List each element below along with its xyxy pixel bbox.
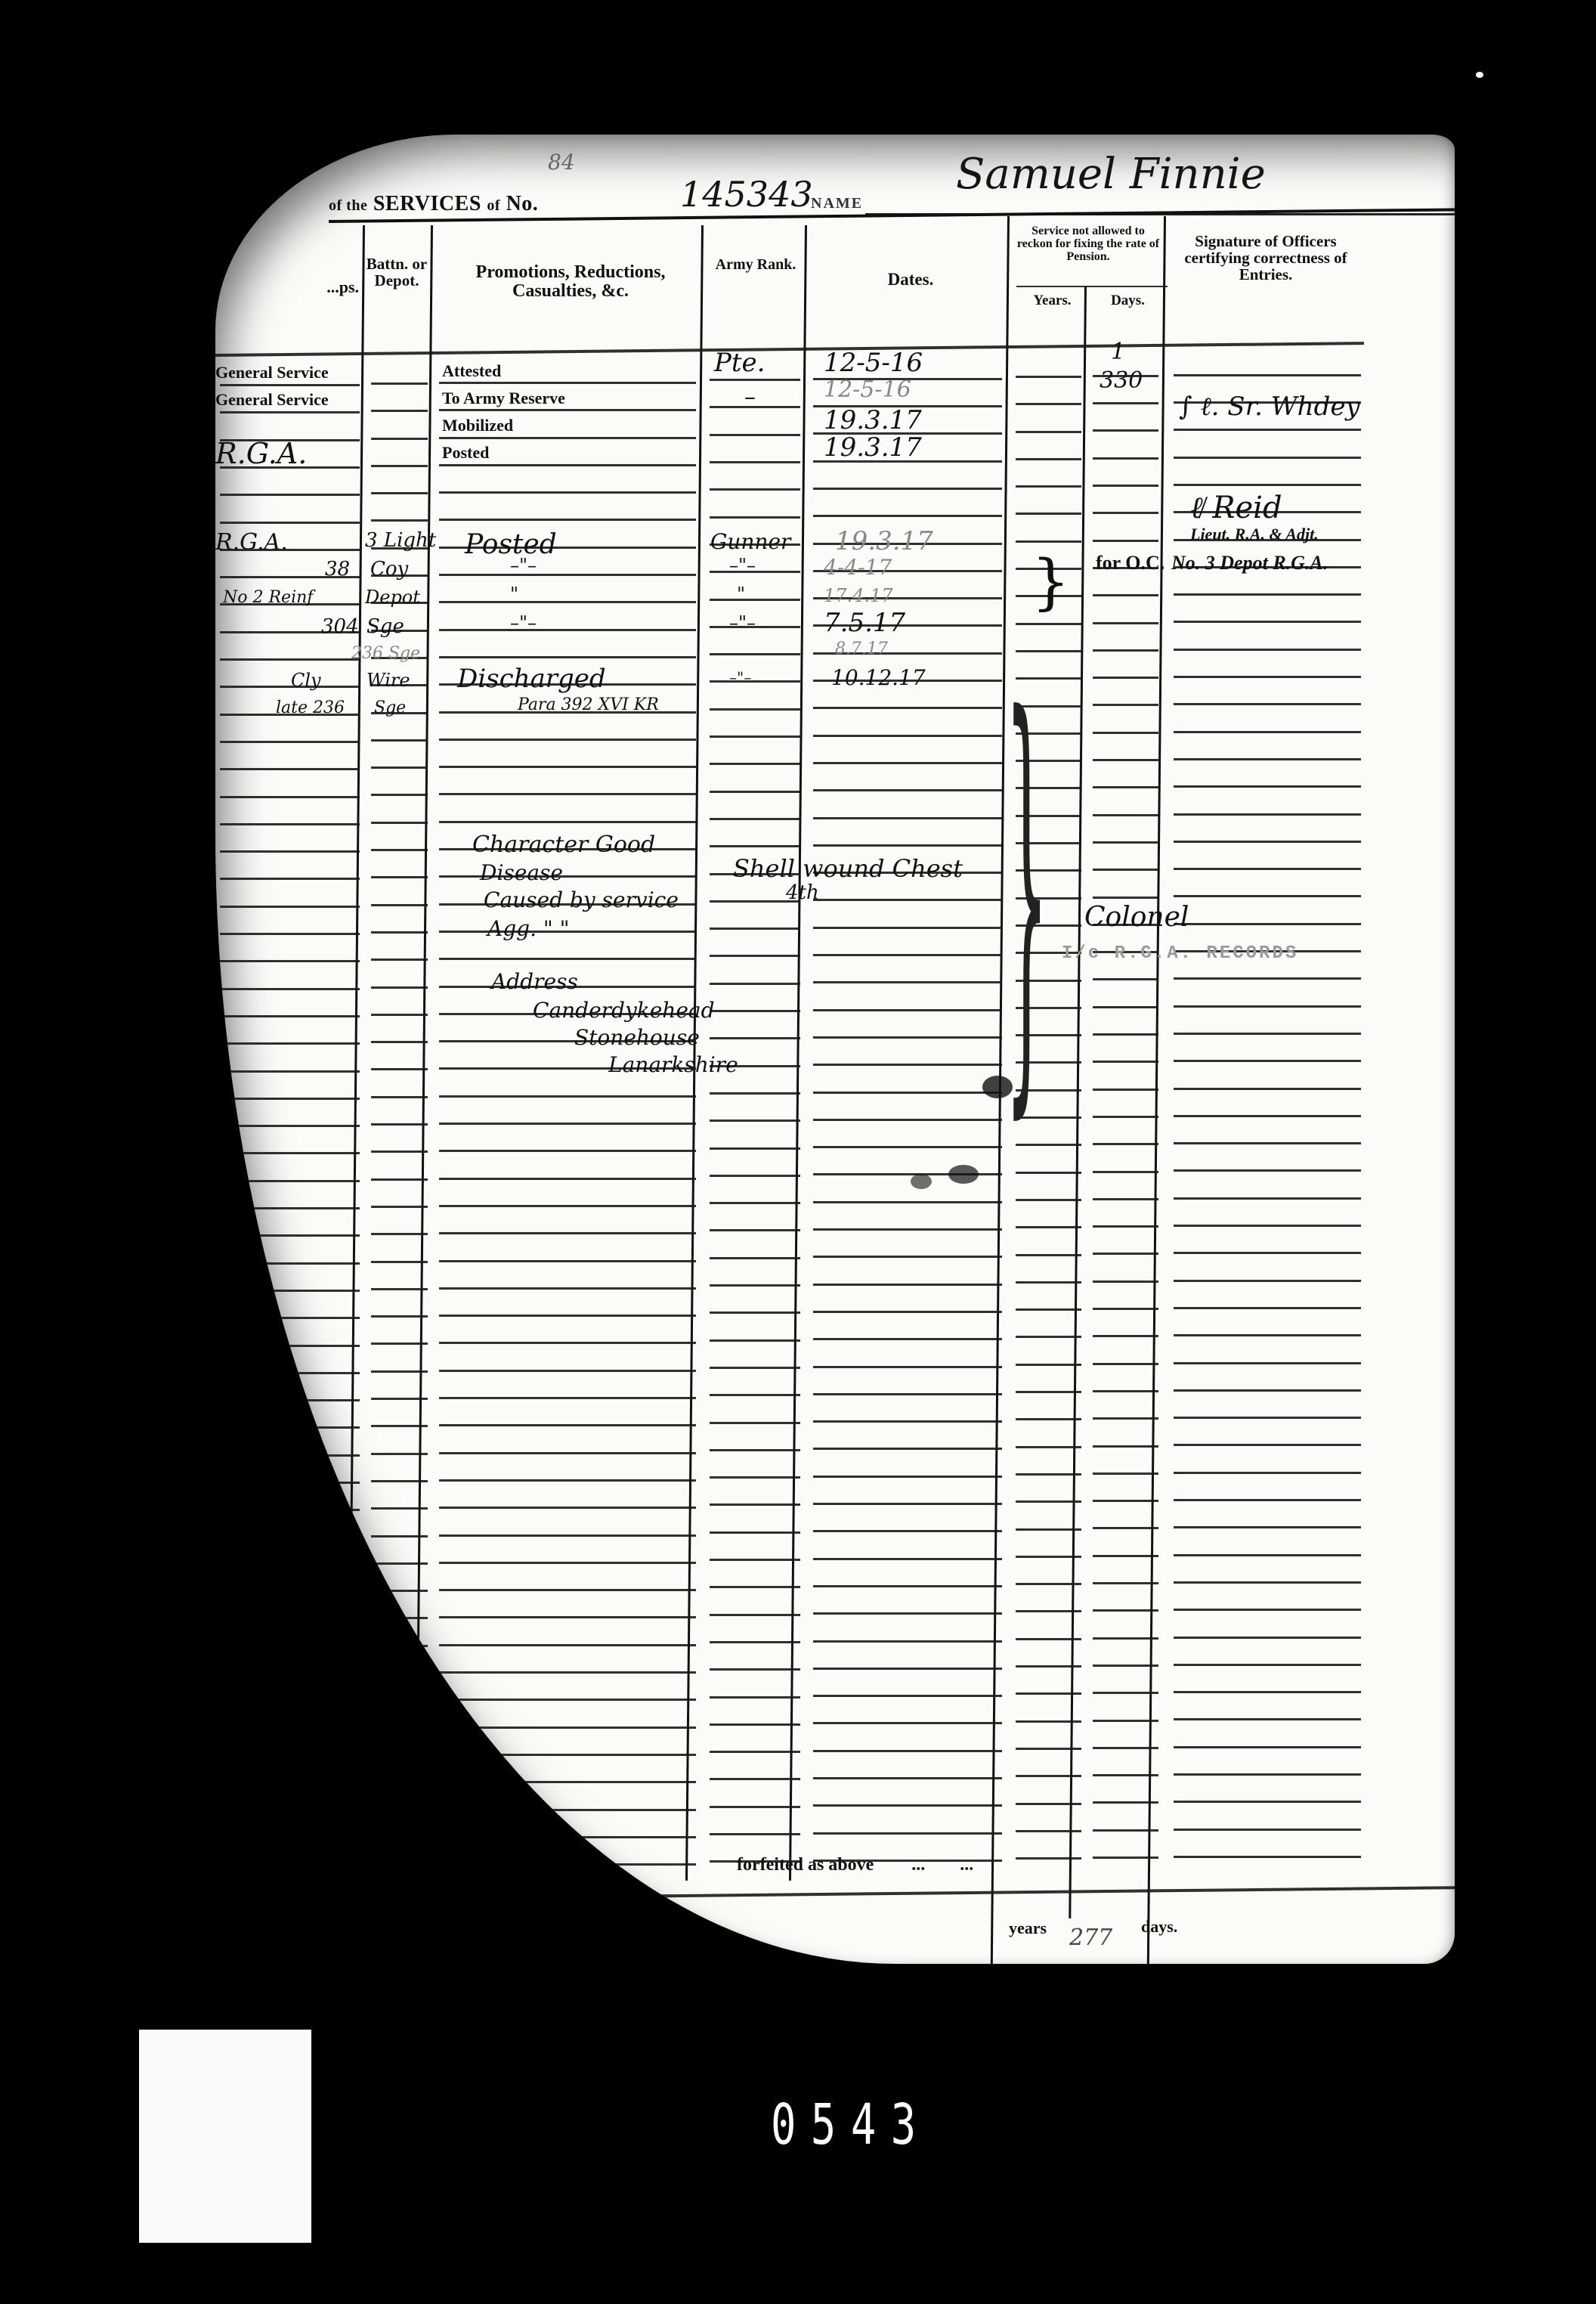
col-divider-promotions [415,225,433,1881]
ruled-line [1174,1829,1361,1831]
ruled-line [1016,431,1081,433]
ruled-line [813,1119,1002,1121]
ruled-line [710,1751,800,1753]
ruled-line [1174,1307,1361,1309]
ruled-line [1093,1555,1158,1557]
ruled-line [1093,1720,1158,1722]
soldier-name: Samuel Finnie [956,150,1266,199]
ruled-line [1174,1334,1361,1336]
entry-date-reserve: 12-5-16 [824,376,911,403]
entry-corps-2: General Service [215,390,329,410]
service-number: 145343 [680,174,813,215]
ruled-line [220,1042,360,1045]
ruled-line [439,1616,696,1618]
ruled-line [710,1394,800,1396]
ruled-line [813,844,1002,847]
ruled-line [1016,513,1081,515]
ruled-line [1093,594,1158,596]
ruled-line [371,1727,428,1730]
ruled-line [710,955,800,957]
ruled-line [1174,593,1361,596]
ruled-line [1174,841,1361,843]
ruled-line [371,1315,428,1318]
officer-signature-2: ℓ̸ Reid [1190,490,1282,525]
ruled-line [371,904,428,906]
ruled-line [439,1342,696,1344]
address-line-1: Canderdykehead [533,998,715,1023]
ruled-line [439,491,696,494]
ruled-line [1174,1362,1361,1364]
ruled-line [1174,758,1361,760]
ruled-line [1174,1005,1361,1008]
ruled-line [1016,1720,1081,1723]
ruled-line [1174,1280,1361,1282]
ruled-line [439,1644,696,1646]
ruled-line [1016,540,1081,543]
ruled-line [371,1590,428,1592]
ruled-line [220,768,360,770]
ruled-line [710,1037,800,1039]
ruled-line [439,1754,696,1756]
ruled-line [220,411,360,413]
ruled-line [1174,1691,1361,1693]
ruled-line [439,1260,696,1262]
ruled-line [439,766,696,768]
ruled-line [1016,1308,1081,1311]
ruled-line [1016,1336,1081,1338]
ruled-line [813,1201,1002,1203]
ruled-line [371,876,428,878]
film-speck [1476,72,1483,78]
ruled-line [371,1261,428,1263]
ruled-line [813,488,1002,490]
ruled-line [710,1806,800,1808]
ruled-line [371,1453,428,1455]
entry-rank-gunner: Gunner [710,529,790,554]
ruled-line [710,1449,800,1451]
ruled-line [710,735,800,738]
ruled-line [439,629,696,631]
ruled-line [710,1833,800,1835]
ruled-line [1093,622,1158,624]
ruled-line [1093,814,1158,816]
ruled-line [813,1503,1002,1505]
ruled-line [220,850,360,853]
ruled-line [439,1205,696,1207]
ruled-line [1174,703,1361,705]
ruled-line [1016,485,1081,488]
number-label: No. [506,192,539,215]
ruled-line [439,437,696,439]
ruled-line [220,1564,360,1566]
entry-date-discharged: 10.12.17 [831,665,926,690]
ruled-line [1093,1253,1158,1255]
entry-corps-rga: R.G.A. [215,437,307,470]
ruled-line [710,983,800,985]
large-brace: } [1005,664,1048,1117]
service-record-sheet: of the SERVICES of No. 145343 84 NAME Sa… [215,135,1455,1964]
ruled-line [1016,458,1081,460]
pension-subheader-rule [1016,286,1168,287]
ruled-line [813,927,1002,929]
entry-date-4-4-17: 4-4-17 [824,555,892,580]
ruled-line [439,1863,696,1866]
ruled-line [439,1095,696,1098]
ellipsis-2: ... [960,1855,973,1875]
ruled-line [371,739,428,742]
ruled-line [710,1641,800,1643]
for-oc-note: for O.C. [1096,552,1165,574]
remark-wound: Shell wound Chest [733,854,963,883]
ruled-line [220,796,360,798]
entry-corps-cly: Cly [291,670,321,691]
col-header-dates: Dates. [812,271,1009,289]
ruled-line [1093,1445,1158,1448]
entry-event-posted: Posted [442,443,489,463]
ruled-line [220,1482,360,1484]
ruled-line [1093,1417,1158,1420]
ruled-line [220,1152,360,1154]
entry-event-attested: Attested [442,361,501,381]
ruled-line [439,793,696,795]
ruled-line [813,1420,1002,1423]
ruled-line [371,1123,428,1126]
ruled-line [439,958,696,960]
ruled-line [439,1287,696,1290]
ruled-line [710,1503,800,1506]
ruled-line [371,931,428,934]
ruled-line [1093,1116,1158,1118]
ruled-line [710,680,800,683]
ruled-line [371,1178,428,1181]
entry-date-mobilized: 19.3.17 [824,405,922,435]
ruled-line [439,464,696,466]
ruled-line [220,494,360,496]
ruled-line [813,899,1002,901]
ruled-line [371,1754,428,1757]
frame-number: 0543 [771,2092,931,2157]
ruled-line [371,1425,428,1427]
ruled-line [1093,897,1158,899]
entry-rank-ditto-4: –"– [729,668,751,686]
ruled-line [439,821,696,823]
ruled-line [710,1119,800,1122]
ruled-line [1016,1364,1081,1366]
ruled-line [813,1668,1002,1670]
ruled-line [371,986,428,989]
ruled-line [813,1777,1002,1779]
ruled-line [710,1311,800,1314]
entry-date-7-5-17: 7.5.17 [824,608,905,638]
ruled-line [220,522,360,524]
ruled-line [710,763,800,765]
col-header-promotions: Promotions, Reductions, Casualties, &c. [442,263,699,301]
ruled-line [1174,1581,1361,1584]
ruled-line [710,1476,800,1479]
ruled-line [371,1150,428,1153]
bracket-mark: } [1032,547,1070,617]
ruled-line [710,1531,800,1534]
entry-corps-1: General Service [215,363,329,382]
ruled-line [439,1452,696,1454]
remark-wound-degree: 4th [786,881,819,904]
ruled-line [1174,1088,1361,1090]
ruled-line [220,384,360,386]
ruled-line [1174,1252,1361,1254]
ruled-line [710,1614,800,1616]
ruled-line [813,1064,1002,1066]
ruled-line [439,739,696,741]
ruled-line [439,574,696,576]
ruled-line [220,960,360,962]
ruled-line [813,1338,1002,1340]
ruled-line [371,1617,428,1619]
ruled-line [813,1228,1002,1231]
ruled-line [220,1290,360,1292]
title-main: SERVICES [373,192,481,215]
ruled-line [439,601,696,603]
entry-days-330: 330 [1100,367,1143,394]
ruled-line [813,1640,1002,1643]
ruled-line [710,708,800,711]
ruled-line [1016,1528,1081,1531]
ruled-line [710,845,800,847]
entry-battn-236-sge: 236 Sge [351,644,420,663]
ruled-line [1174,621,1361,623]
ruled-line [710,1284,800,1287]
film-leader-card [139,2030,311,2243]
ruled-line [439,1809,696,1811]
entry-battn-coy: Coy [370,558,408,581]
ruled-line [1093,759,1158,761]
entry-event-ditto-2: " [510,584,518,605]
ruled-line [813,1530,1002,1532]
entry-event-para: Para 392 XVI KR [518,695,659,714]
entry-rank-ditto-3: –"– [729,612,756,633]
entry-corps-rga-2: R.G.A. [215,529,288,556]
ruled-line [371,410,428,412]
ruled-line [1016,1446,1081,1448]
ruled-line [1093,704,1158,706]
ruled-line [1174,1718,1361,1720]
forfeited-label: forfeited as above [737,1855,874,1875]
header-bottom-rule [215,342,1364,357]
ruled-line [1093,1829,1158,1832]
ruled-line [1016,1500,1081,1503]
ruled-line [813,1750,1002,1752]
ruled-line [1093,402,1158,404]
ruled-line [1174,813,1361,816]
ruled-line [1174,1554,1361,1556]
ruled-line [371,1370,428,1373]
ruled-line [371,438,428,440]
ruled-line [371,1398,428,1400]
ruled-line [710,1229,800,1231]
col-divider-days [1069,286,1087,1918]
ruled-line [371,1645,428,1647]
ruled-line [1093,869,1158,871]
ruled-line [1093,1582,1158,1584]
ruled-line [1016,1692,1081,1695]
entry-battn-3-light: 3 Light [365,529,436,552]
ruled-line [220,1454,360,1457]
ruled-line [1016,1775,1081,1777]
ruled-line [1093,786,1158,788]
ruled-line [710,599,800,601]
ruled-line [710,516,800,519]
ruled-line [1174,923,1361,925]
ruled-line [371,1837,428,1839]
ruled-line [1016,376,1081,378]
ruled-line [1174,1746,1361,1748]
ruled-line [710,653,800,655]
ruled-line [1174,1637,1361,1639]
ruled-line [1174,1526,1361,1528]
ruled-line [220,1646,360,1649]
ruled-line [1016,1748,1081,1750]
ink-blot [911,1174,932,1189]
ruled-line [220,1674,360,1676]
ruled-line [710,791,800,793]
ruled-line [710,488,800,491]
ruled-line [710,1147,800,1150]
ruled-line [1174,868,1361,870]
address-label: Address [491,969,578,994]
col-header-battn: Battn. or Depot. [363,255,431,289]
records-signature: Colonel [1084,902,1189,933]
ruled-line [1093,457,1158,460]
ruled-line [710,1778,800,1780]
entry-date-posted: 19.3.17 [824,432,922,463]
ruled-line [813,1036,1002,1039]
ruled-line [1174,429,1361,431]
remark-disease: Disease [480,860,563,885]
col-header-years: Years. [1016,293,1088,308]
ruled-line [813,1311,1002,1313]
entry-rank-ditto-1: –"– [729,555,756,576]
ruled-line [1016,1857,1081,1860]
ruled-line [710,1422,800,1424]
ruled-line [1174,1499,1361,1501]
ruled-line [1093,1665,1158,1667]
ruled-line [1174,1197,1361,1200]
ruled-line [439,1534,696,1537]
ruled-line [1016,1803,1081,1805]
ruled-line [1174,785,1361,788]
ruled-line [710,1339,800,1342]
address-line-2: Stonehouse [574,1025,700,1050]
ruled-line [1174,1115,1361,1117]
ruled-line [710,434,800,436]
entry-days-1: 1 [1111,339,1125,365]
entry-corps-no2-reinf: No 2 Reinf [223,588,313,607]
ruled-line [220,1234,360,1237]
ruled-line [220,1783,360,1785]
ruled-line [371,1068,428,1070]
ruled-line [1174,895,1361,897]
ruled-line [1093,1390,1158,1392]
ruled-line [220,1426,360,1429]
ruled-line [1093,1774,1158,1776]
ruled-line [1016,1226,1081,1228]
ruled-line [220,1317,360,1319]
ruled-line [439,1150,696,1152]
entry-date-17-4-17: 17.4.17 [824,585,893,606]
entry-rank-pte: Pte. [714,348,765,378]
entry-event-army-reserve: To Army Reserve [442,389,565,408]
entry-corps-38: 38 [325,558,350,581]
ruled-line [439,382,696,384]
ruled-line [1093,1143,1158,1145]
ruled-line [371,465,428,467]
ruled-line [1093,1335,1158,1337]
ruled-line [1016,1583,1081,1585]
ruled-line [439,875,696,878]
ruled-line [710,1586,800,1588]
ruled-line [1093,732,1158,734]
ruled-line [371,766,428,769]
ruled-line [1093,512,1158,514]
ruled-line [813,1146,1002,1148]
ruled-line [1174,1609,1361,1611]
ruled-line [220,1262,360,1265]
ruled-line [220,1729,360,1731]
ruled-line [1016,1638,1081,1640]
ruled-line [813,981,1002,983]
entry-event-mobilized: Mobilized [442,416,513,435]
ruled-line [813,762,1002,764]
remark-aggravated: Agg. " " [487,916,570,941]
ruled-line [1174,649,1361,651]
ruled-line [1174,977,1361,980]
ruled-line [220,686,360,688]
ruled-line [1093,841,1158,844]
ruled-line [1016,403,1081,405]
ruled-line [220,1701,360,1703]
ruled-line [813,1366,1002,1368]
title-of: of [487,197,500,214]
remark-caused-by-service: Caused by service [484,887,679,912]
ruled-line [1016,1610,1081,1612]
ruled-line [439,409,696,411]
ruled-line [371,1535,428,1538]
ruled-line [813,1393,1002,1395]
ruled-line [371,1672,428,1674]
ruled-line [439,1315,696,1317]
ruled-line [220,1070,360,1073]
ruled-line [439,1699,696,1701]
ruled-line [813,515,1002,517]
entry-corps-late-236: late 236 [276,698,345,717]
depot-stamp: No. 3 Depot R.G.A. [1171,552,1328,574]
ruled-line [371,1699,428,1702]
ruled-line [710,1367,800,1369]
days-label: days. [1141,1917,1177,1937]
ruled-line [1093,429,1158,432]
years-label: years [1009,1918,1047,1938]
ruled-line [1174,1142,1361,1144]
ruled-line [813,1092,1002,1094]
ruled-line [1093,677,1158,679]
ruled-line [1174,1417,1361,1419]
ruled-line [220,1838,360,1841]
ruled-line [220,1591,360,1593]
entry-rank-ditto-2: " [737,584,745,605]
entry-battn-wire: Wire [367,670,410,691]
ruled-line [1174,1773,1361,1776]
ruled-line [220,1207,360,1209]
ruled-line [1016,1418,1081,1420]
